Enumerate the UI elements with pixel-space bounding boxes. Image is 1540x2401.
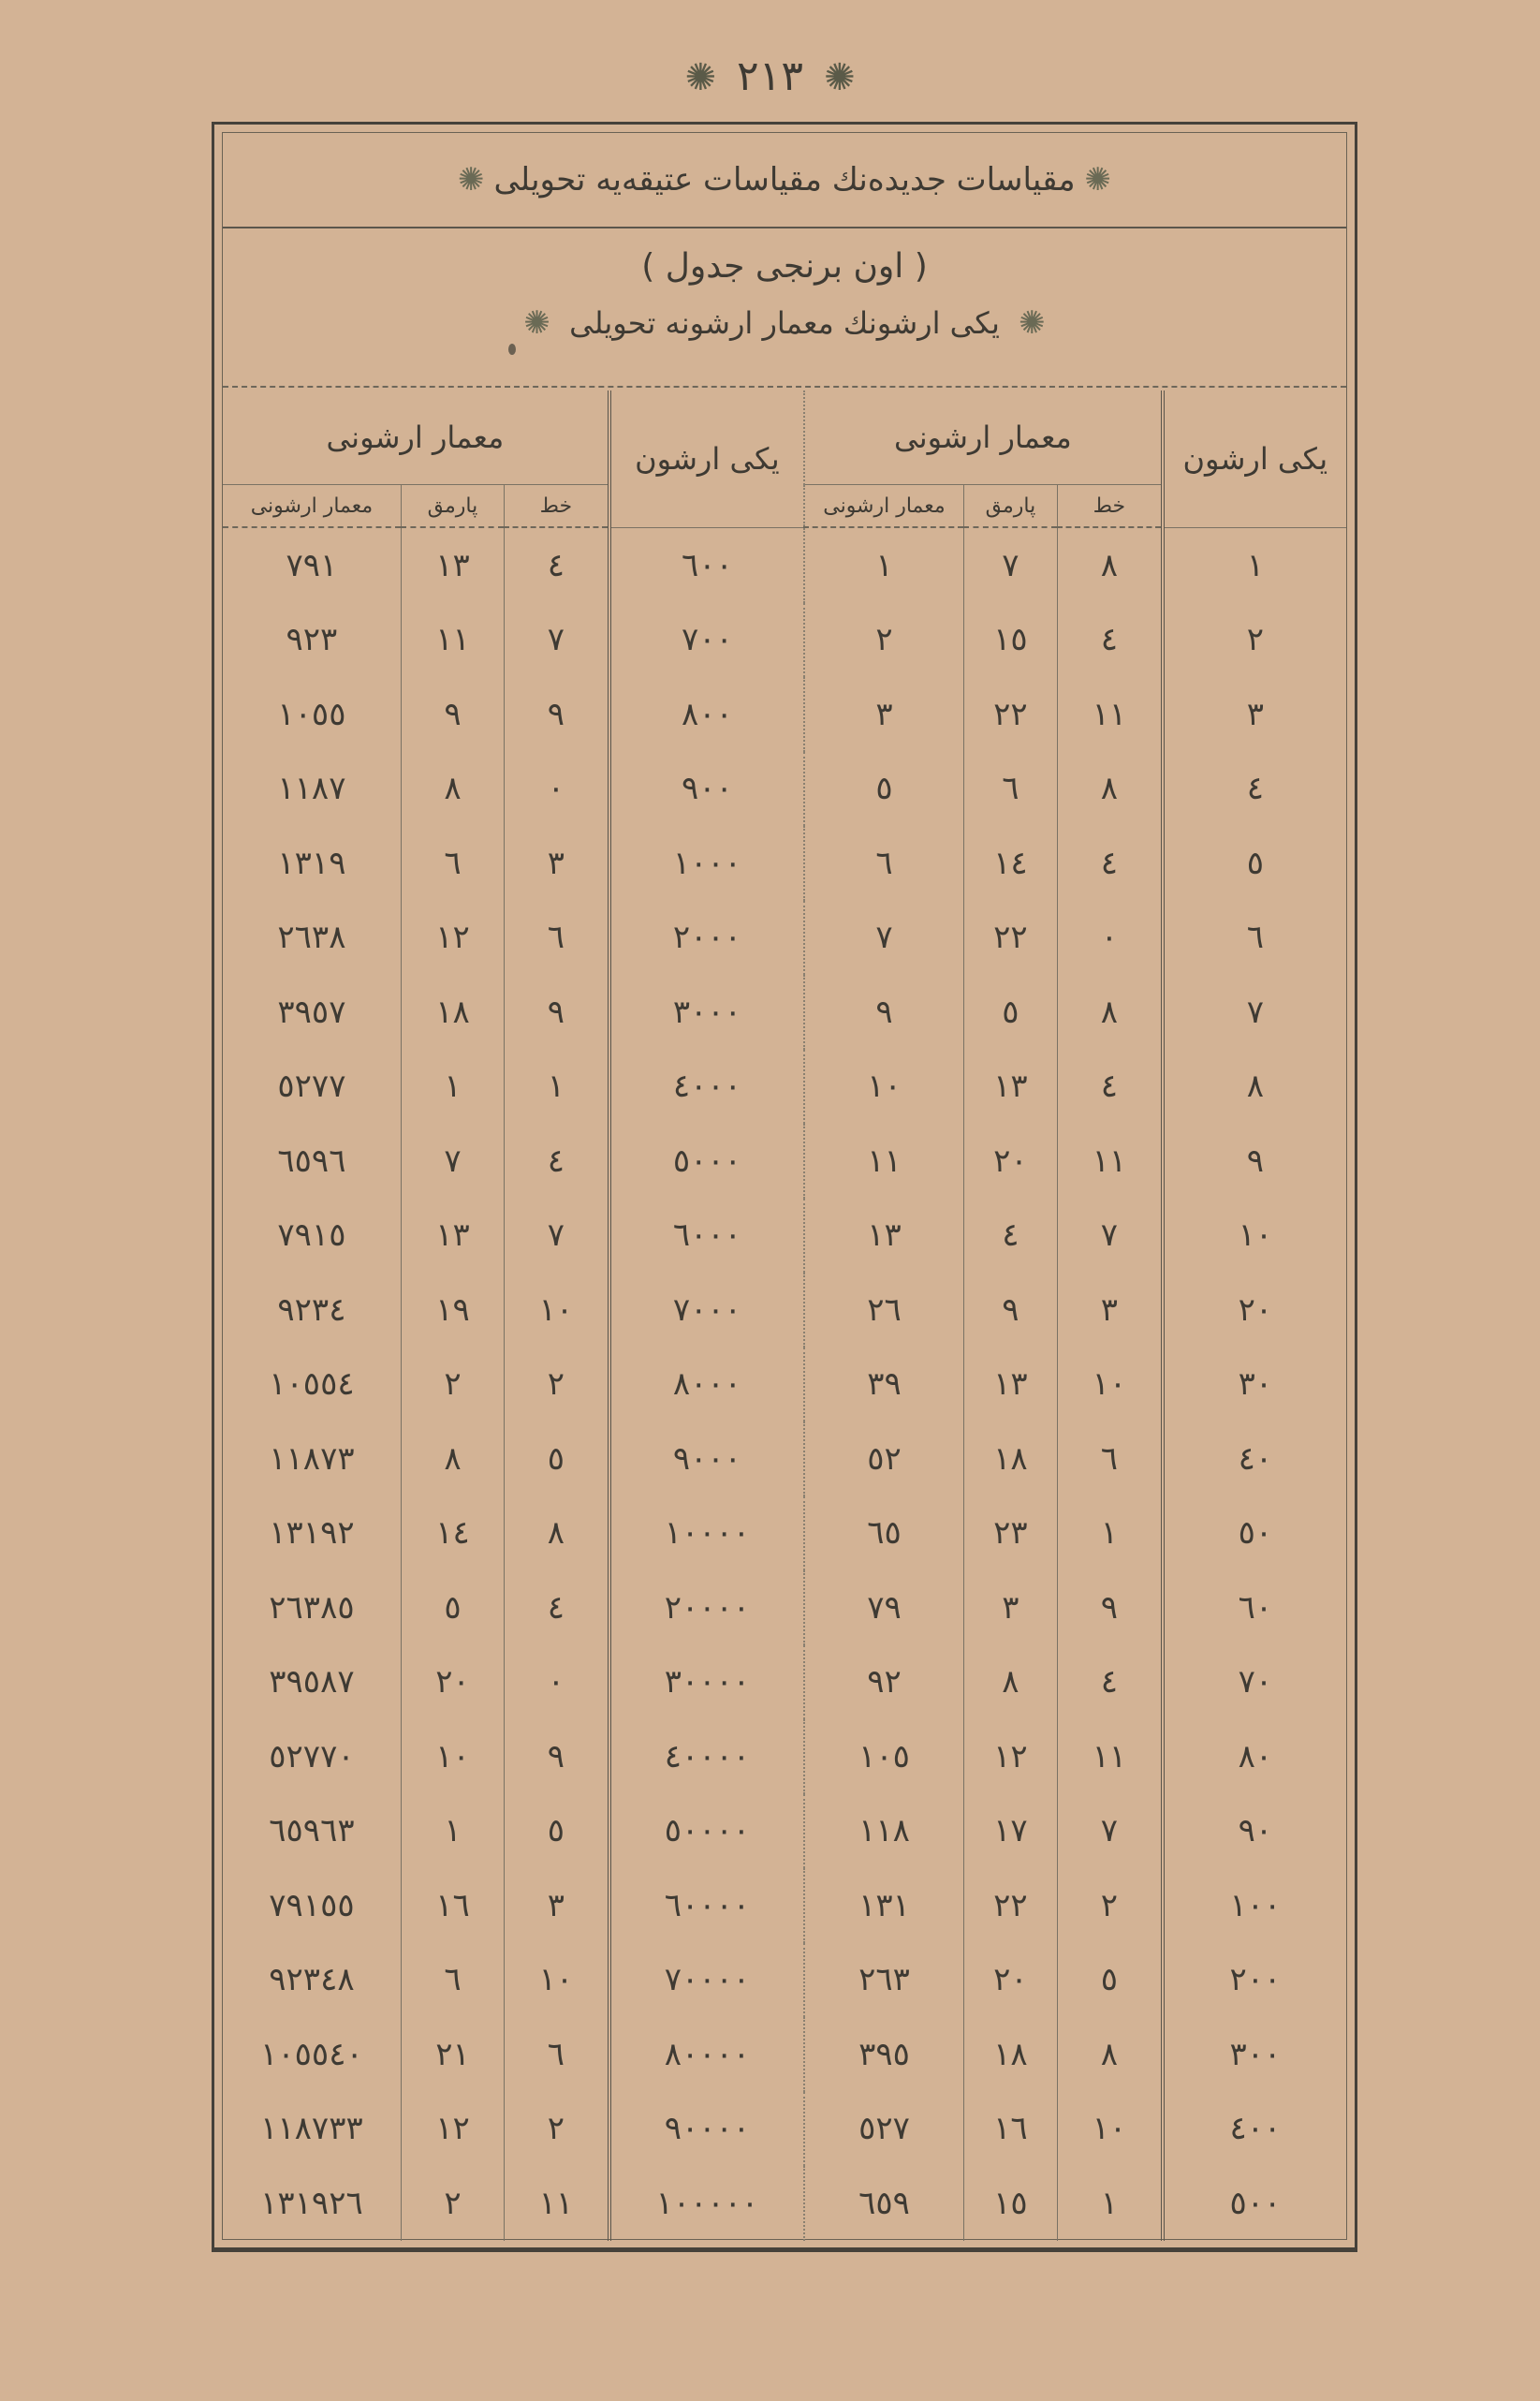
cell-parmak-right: ٢٠ [963,1124,1057,1199]
cell-mimar-left: ٣٩٥٨٧ [223,1645,401,1720]
cell-parmak-right: ١٥ [963,2166,1057,2241]
cell-hat-right: ٤ [1058,603,1163,678]
cell-yeni-arshun-left: ٦٠٠٠ [609,1199,804,1274]
table-row: ١٨٧١٦٠٠٤١٣٧٩١ [223,527,1346,603]
ornament-icon: ✺ [685,56,717,99]
cell-yeni-arshun-right: ١٠ [1163,1199,1346,1274]
cell-hat-left: ٥ [505,1794,609,1869]
cell-mimar-right: ٣ [804,677,963,752]
cell-yeni-arshun-left: ٧٠٠٠ [609,1273,804,1348]
cell-parmak-left: ٢١ [401,2017,504,2092]
cell-hat-right: ٦ [1058,1421,1163,1496]
cell-parmak-right: ٧ [963,527,1057,603]
cell-mimar-right: ٣٩٥ [804,2017,963,2092]
ornament-icon: ✺ [523,304,550,342]
table-row: ٥٤١٤٦١٠٠٠٣٦١٣١٩ [223,826,1346,901]
cell-hat-right: ١٠ [1058,1348,1163,1422]
cell-yeni-arshun-right: ٣٠ [1163,1348,1346,1422]
cell-hat-right: ١١ [1058,1124,1163,1199]
cell-yeni-arshun-left: ٥٠٠٠ [609,1124,804,1199]
cell-parmak-left: ٢ [401,1348,504,1422]
cell-yeni-arshun-left: ١٠٠٠٠٠ [609,2166,804,2241]
cell-hat-left: ٩ [505,1719,609,1794]
table-row: ١٠٧٤١٣٦٠٠٠٧١٣٧٩١٥ [223,1199,1346,1274]
cell-yeni-arshun-left: ١٠٠٠ [609,826,804,901]
cell-parmak-left: ٥ [401,1570,504,1645]
cell-mimar-right: ٧ [804,901,963,976]
table-description-text: یکی ارشونك معمار ارشونه تحویلی [569,305,1000,341]
table-row: ٥٠٠١١٥٦٥٩١٠٠٠٠٠١١٢١٣١٩٢٦ [223,2166,1346,2241]
cell-mimar-left: ٩٢٣ [223,603,401,678]
cell-parmak-right: ٢٢ [963,1868,1057,1943]
cell-hat-right: ٤ [1058,1645,1163,1720]
cell-mimar-right: ٦٥ [804,1496,963,1571]
cell-parmak-right: ٤ [963,1199,1057,1274]
cell-hat-left: ٧ [505,603,609,678]
table-row: ٣١١٢٢٣٨٠٠٩٩١٠٥٥ [223,677,1346,752]
cell-mimar-right: ٥٢٧ [804,2092,963,2167]
table-row: ٤٠٦١٨٥٢٩٠٠٠٥٨١١٨٧٣ [223,1421,1346,1496]
cell-hat-right: ٩ [1058,1570,1163,1645]
cell-mimar-right: ١٣ [804,1199,963,1274]
cell-parmak-right: ١٤ [963,826,1057,901]
cell-yeni-arshun-left: ٩٠٠٠٠ [609,2092,804,2167]
cell-parmak-left: ١ [401,1794,504,1869]
cell-yeni-arshun-right: ١٠٠ [1163,1868,1346,1943]
table-description: ✺ یکی ارشونك معمار ارشونه تحویلی ✺ [223,304,1346,342]
cell-mimar-right: ٦ [804,826,963,901]
cell-mimar-left: ٩٢٣٤٨ [223,1943,401,2018]
cell-yeni-arshun-left: ٣٠٠٠ [609,975,804,1050]
cell-yeni-arshun-right: ٧ [1163,975,1346,1050]
cell-hat-right: ١ [1058,2166,1163,2241]
cell-hat-right: ٤ [1058,826,1163,901]
cell-parmak-left: ١١ [401,603,504,678]
cell-hat-left: ٢ [505,1348,609,1422]
cell-yeni-arshun-right: ١ [1163,527,1346,603]
cell-yeni-arshun-left: ٩٠٠ [609,752,804,827]
header-hat-left: خط [505,485,609,528]
cell-hat-right: ٠ [1058,901,1163,976]
cell-yeni-arshun-left: ١٠٠٠٠ [609,1496,804,1571]
cell-yeni-arshun-left: ٩٠٠٠ [609,1421,804,1496]
table-row: ٤٠٠١٠١٦٥٢٧٩٠٠٠٠٢١٢١١٨٧٣٣ [223,2092,1346,2167]
table-row: ٢٠٣٩٢٦٧٠٠٠١٠١٩٩٢٣٤ [223,1273,1346,1348]
cell-hat-left: ٤ [505,1124,609,1199]
cell-mimar-right: ١ [804,527,963,603]
cell-parmak-right: ١٣ [963,1050,1057,1125]
table-row: ٣٠٠٨١٨٣٩٥٨٠٠٠٠٦٢١١٠٥٥٤٠ [223,2017,1346,2092]
cell-mimar-left: ١١٨٧ [223,752,401,827]
table-row: ٧٨٥٩٣٠٠٠٩١٨٣٩٥٧ [223,975,1346,1050]
cell-mimar-right: ٧٩ [804,1570,963,1645]
table-row: ٥٠١٢٣٦٥١٠٠٠٠٨١٤١٣١٩٢ [223,1496,1346,1571]
cell-yeni-arshun-left: ٢٠٠٠٠ [609,1570,804,1645]
cell-mimar-left: ٧٩١ [223,527,401,603]
header-parmak-right: پارمق [963,485,1057,528]
cell-hat-right: ٨ [1058,975,1163,1050]
cell-hat-right: ١١ [1058,1719,1163,1794]
table-row: ١٠٠٢٢٢١٣١٦٠٠٠٠٣١٦٧٩١٥٥ [223,1868,1346,1943]
cell-parmak-right: ٢٢ [963,677,1057,752]
cell-parmak-left: ٨ [401,1421,504,1496]
cell-hat-left: ٧ [505,1199,609,1274]
cell-hat-right: ٥ [1058,1943,1163,2018]
cell-yeni-arshun-left: ٧٠٠ [609,603,804,678]
cell-mimar-left: ٩٢٣٤ [223,1273,401,1348]
cell-parmak-left: ٢٠ [401,1645,504,1720]
cell-yeni-arshun-left: ٨٠٠ [609,677,804,752]
cell-yeni-arshun-right: ٩٠ [1163,1794,1346,1869]
cell-mimar-right: ٥ [804,752,963,827]
cell-hat-right: ٨ [1058,2017,1163,2092]
cell-mimar-right: ١٠ [804,1050,963,1125]
cell-yeni-arshun-right: ٨ [1163,1050,1346,1125]
cell-parmak-left: ٩ [401,677,504,752]
cell-hat-left: ١٠ [505,1943,609,2018]
header-hat-right: خط [1058,485,1163,528]
cell-yeni-arshun-right: ٩ [1163,1124,1346,1199]
cell-parmak-left: ٨ [401,752,504,827]
cell-yeni-arshun-right: ٨٠ [1163,1719,1346,1794]
cell-mimar-left: ١٣١٩٢ [223,1496,401,1571]
cell-hat-left: ٢ [505,2092,609,2167]
table-frame: ✺ مقیاسات جدیده‌نك مقیاسات عتیقه‌یه تحوی… [212,122,1357,2252]
conversion-table: یکی ارشون معمار ارشونی یکی ارشون معمار ا… [223,390,1346,2241]
cell-mimar-right: ٢٦٣ [804,1943,963,2018]
cell-mimar-right: ٣٩ [804,1348,963,1422]
cell-mimar-left: ١٠٥٥٤٠ [223,2017,401,2092]
cell-yeni-arshun-right: ٢ [1163,603,1346,678]
header-mimar-left: معمار ارشونی [223,485,401,528]
cell-hat-left: ٤ [505,1570,609,1645]
cell-parmak-left: ١٠ [401,1719,504,1794]
table-row: ٩١١٢٠١١٥٠٠٠٤٧٦٥٩٦ [223,1124,1346,1199]
cell-yeni-arshun-left: ٦٠٠ [609,527,804,603]
cell-parmak-right: ١٨ [963,1421,1057,1496]
cell-mimar-left: ١٠٥٥ [223,677,401,752]
ornament-icon: ✺ [1085,161,1112,199]
cell-hat-left: ٣ [505,826,609,901]
header-mimar-arshunu-left: معمار ارشونی [223,390,609,485]
ink-spot [508,344,516,355]
cell-hat-left: ٩ [505,975,609,1050]
cell-yeni-arshun-right: ٤ [1163,752,1346,827]
cell-mimar-left: ٢٦٣٨ [223,901,401,976]
header-group-row: یکی ارشون معمار ارشونی یکی ارشون معمار ا… [223,390,1346,485]
cell-parmak-right: ٨ [963,1645,1057,1720]
cell-hat-right: ٣ [1058,1273,1163,1348]
cell-yeni-arshun-left: ٢٠٠٠ [609,901,804,976]
cell-mimar-right: ٢ [804,603,963,678]
cell-parmak-left: ٢ [401,2166,504,2241]
cell-mimar-left: ٦٥٩٦٣ [223,1794,401,1869]
cell-hat-left: ٠ [505,1645,609,1720]
cell-yeni-arshun-right: ٣٠٠ [1163,2017,1346,2092]
cell-mimar-right: ١١ [804,1124,963,1199]
cell-mimar-right: ١١٨ [804,1794,963,1869]
cell-yeni-arshun-left: ٦٠٠٠٠ [609,1868,804,1943]
ornament-icon: ✺ [824,56,856,99]
cell-yeni-arshun-right: ٥ [1163,826,1346,901]
subtitle-block: ( اون برنجی جدول ) ✺ یکی ارشونك معمار ار… [223,227,1346,388]
cell-yeni-arshun-right: ٢٠٠ [1163,1943,1346,2018]
ornament-icon: ✺ [1019,304,1046,342]
cell-hat-left: ١١ [505,2166,609,2241]
cell-mimar-right: ٩٢ [804,1645,963,1720]
table-row: ٦٠٢٢٧٢٠٠٠٦١٢٢٦٣٨ [223,901,1346,976]
table-row: ٨٠١١١٢١٠٥٤٠٠٠٠٩١٠٥٢٧٧٠ [223,1719,1346,1794]
cell-hat-left: ٠ [505,752,609,827]
cell-mimar-left: ١٣١٩٢٦ [223,2166,401,2241]
cell-yeni-arshun-right: ٧٠ [1163,1645,1346,1720]
table-row: ٣٠١٠١٣٣٩٨٠٠٠٢٢١٠٥٥٤ [223,1348,1346,1422]
table-row: ٤٨٦٥٩٠٠٠٨١١٨٧ [223,752,1346,827]
table-body: ١٨٧١٦٠٠٤١٣٧٩١٢٤١٥٢٧٠٠٧١١٩٢٣٣١١٢٢٣٨٠٠٩٩١٠… [223,527,1346,2241]
header-yeni-arshun-right: یکی ارشون [1163,390,1346,527]
cell-hat-left: ٥ [505,1421,609,1496]
cell-hat-right: ٢ [1058,1868,1163,1943]
cell-parmak-left: ٦ [401,1943,504,2018]
table-frame-inner: ✺ مقیاسات جدیده‌نك مقیاسات عتیقه‌یه تحوی… [222,132,1347,2240]
cell-mimar-left: ٧٩١٥ [223,1199,401,1274]
cell-mimar-left: ٥٢٧٧٠ [223,1719,401,1794]
cell-hat-right: ١١ [1058,677,1163,752]
cell-parmak-right: ٢٣ [963,1496,1057,1571]
cell-hat-left: ٦ [505,2017,609,2092]
cell-parmak-left: ١٩ [401,1273,504,1348]
cell-parmak-right: ٣ [963,1570,1057,1645]
cell-yeni-arshun-right: ٥٠٠ [1163,2166,1346,2241]
header-mimar-arshunu-right: معمار ارشونی [804,390,1163,485]
cell-parmak-right: ١٣ [963,1348,1057,1422]
cell-parmak-left: ٦ [401,826,504,901]
cell-parmak-left: ١٨ [401,975,504,1050]
cell-mimar-left: ٦٥٩٦ [223,1124,401,1199]
cell-hat-left: ٦ [505,901,609,976]
cell-mimar-left: ١١٨٧٣ [223,1421,401,1496]
table-title: مقیاسات جدیده‌نك مقیاسات عتیقه‌یه تحویلی [493,161,1075,199]
cell-yeni-arshun-right: ٣ [1163,677,1346,752]
cell-yeni-arshun-left: ٤٠٠٠٠ [609,1719,804,1794]
cell-mimar-right: ١٣١ [804,1868,963,1943]
cell-mimar-right: ٥٢ [804,1421,963,1496]
table-row: ٩٠٧١٧١١٨٥٠٠٠٠٥١٦٥٩٦٣ [223,1794,1346,1869]
cell-parmak-left: ١٤ [401,1496,504,1571]
table-row: ٧٠٤٨٩٢٣٠٠٠٠٠٢٠٣٩٥٨٧ [223,1645,1346,1720]
cell-parmak-left: ١٦ [401,1868,504,1943]
cell-hat-right: ٨ [1058,752,1163,827]
cell-hat-right: ٨ [1058,527,1163,603]
cell-mimar-left: ١٣١٩ [223,826,401,901]
cell-mimar-left: ٥٢٧٧ [223,1050,401,1125]
cell-yeni-arshun-right: ٦٠ [1163,1570,1346,1645]
cell-parmak-right: ٢٢ [963,901,1057,976]
cell-yeni-arshun-left: ٣٠٠٠٠ [609,1645,804,1720]
cell-parmak-right: ٩ [963,1273,1057,1348]
cell-mimar-right: ٦٥٩ [804,2166,963,2241]
table-row: ٦٠٩٣٧٩٢٠٠٠٠٤٥٢٦٣٨٥ [223,1570,1346,1645]
cell-mimar-right: ٢٦ [804,1273,963,1348]
cell-yeni-arshun-right: ٤٠٠ [1163,2092,1346,2167]
cell-parmak-right: ٦ [963,752,1057,827]
header-mimar-right: معمار ارشونی [804,485,963,528]
cell-yeni-arshun-left: ٨٠٠٠٠ [609,2017,804,2092]
cell-parmak-right: ٥ [963,975,1057,1050]
header-yeni-arshun-left: یکی ارشون [609,390,804,527]
cell-hat-left: ١ [505,1050,609,1125]
cell-parmak-left: ١٢ [401,2092,504,2167]
cell-yeni-arshun-right: ٢٠ [1163,1273,1346,1348]
header-parmak-left: پارمق [401,485,504,528]
cell-mimar-left: ١٠٥٥٤ [223,1348,401,1422]
table-row: ٢٠٠٥٢٠٢٦٣٧٠٠٠٠١٠٦٩٢٣٤٨ [223,1943,1346,2018]
cell-hat-right: ٤ [1058,1050,1163,1125]
cell-yeni-arshun-right: ٦ [1163,901,1346,976]
page-number-value: ٢١٣ [737,52,803,100]
cell-mimar-left: ٧٩١٥٥ [223,1868,401,1943]
cell-yeni-arshun-left: ٤٠٠٠ [609,1050,804,1125]
cell-hat-right: ٧ [1058,1794,1163,1869]
cell-parmak-right: ١٦ [963,2092,1057,2167]
cell-yeni-arshun-left: ٨٠٠٠ [609,1348,804,1422]
cell-yeni-arshun-right: ٤٠ [1163,1421,1346,1496]
cell-mimar-left: ٢٦٣٨٥ [223,1570,401,1645]
table-name: ( اون برنجی جدول ) [223,247,1346,286]
cell-hat-left: ٨ [505,1496,609,1571]
cell-hat-left: ١٠ [505,1273,609,1348]
cell-parmak-right: ٢٠ [963,1943,1057,2018]
cell-hat-right: ١ [1058,1496,1163,1571]
cell-parmak-right: ١٥ [963,603,1057,678]
cell-parmak-left: ١ [401,1050,504,1125]
cell-yeni-arshun-left: ٥٠٠٠٠ [609,1794,804,1869]
page-number: ✺ ٢١٣ ✺ [0,52,1540,100]
cell-parmak-left: ٧ [401,1124,504,1199]
cell-mimar-left: ١١٨٧٣٣ [223,2092,401,2167]
cell-hat-right: ٧ [1058,1199,1163,1274]
cell-parmak-right: ١٢ [963,1719,1057,1794]
ornament-icon: ✺ [458,161,485,199]
cell-yeni-arshun-left: ٧٠٠٠٠ [609,1943,804,2018]
cell-hat-right: ١٠ [1058,2092,1163,2167]
cell-parmak-left: ١٣ [401,1199,504,1274]
table-title-row: ✺ مقیاسات جدیده‌نك مقیاسات عتیقه‌یه تحوی… [223,133,1346,228]
cell-parmak-left: ١٢ [401,901,504,976]
cell-parmak-right: ١٧ [963,1794,1057,1869]
cell-parmak-right: ١٨ [963,2017,1057,2092]
cell-mimar-left: ٣٩٥٧ [223,975,401,1050]
cell-hat-left: ٣ [505,1868,609,1943]
cell-mimar-right: ١٠٥ [804,1719,963,1794]
cell-mimar-right: ٩ [804,975,963,1050]
cell-hat-left: ٤ [505,527,609,603]
cell-parmak-left: ١٣ [401,527,504,603]
cell-hat-left: ٩ [505,677,609,752]
table-row: ٨٤١٣١٠٤٠٠٠١١٥٢٧٧ [223,1050,1346,1125]
table-row: ٢٤١٥٢٧٠٠٧١١٩٢٣ [223,603,1346,678]
cell-yeni-arshun-right: ٥٠ [1163,1496,1346,1571]
